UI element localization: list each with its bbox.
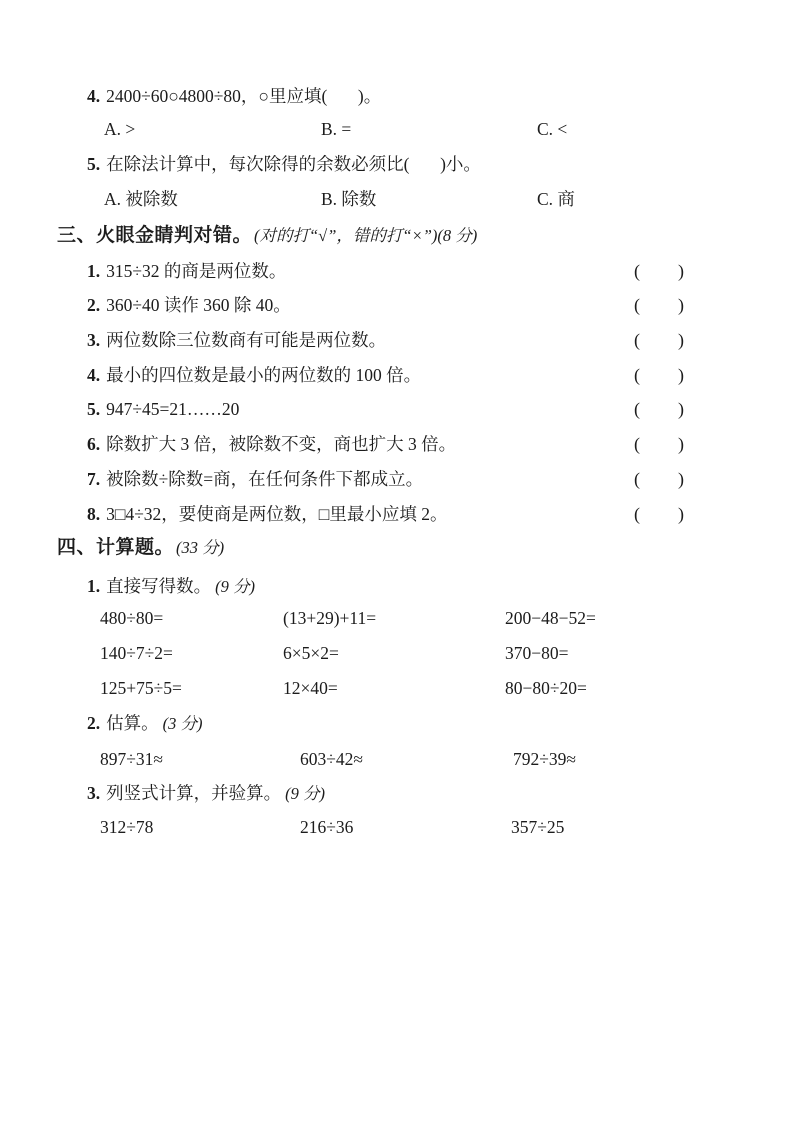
question-5-text: 在除法计算中，每次除得的余数必须比( )小。 bbox=[106, 154, 481, 174]
question-5: 5.在除法计算中，每次除得的余数必须比( )小。 bbox=[0, 152, 793, 176]
answer-paren-close: ) bbox=[678, 363, 684, 387]
expression: 357÷25 bbox=[511, 815, 564, 839]
option-b: B. 除数 bbox=[321, 187, 376, 211]
answer-paren-open: ( bbox=[634, 467, 640, 491]
expression: (13+29)+11= bbox=[283, 606, 376, 630]
sub3-title: 3.列竖式计算，并验算。(9 分) bbox=[0, 781, 793, 805]
option-c: C. < bbox=[537, 117, 567, 141]
question-4: 4.2400÷60○4800÷80，○里应填( )。 bbox=[0, 84, 793, 108]
sub3-text: 列竖式计算，并验算。 bbox=[106, 783, 281, 803]
option-a: A. > bbox=[104, 117, 135, 141]
sub1-points: (9 分) bbox=[215, 577, 255, 596]
item-number: 4. bbox=[87, 365, 100, 385]
answer-paren-open: ( bbox=[634, 293, 640, 317]
answer-paren-close: ) bbox=[678, 328, 684, 352]
worksheet-page: 4.2400÷60○4800÷80，○里应填( )。 A. > B. = C. … bbox=[0, 0, 793, 1122]
item-text: 除数扩大 3 倍，被除数不变，商也扩大 3 倍。 bbox=[106, 434, 456, 454]
expression: 80−80÷20= bbox=[505, 676, 587, 700]
true-false-item-8: 8.3□4÷32，要使商是两位数，□里最小应填 2。 ( ) bbox=[0, 502, 793, 526]
sub2-text: 估算。 bbox=[106, 713, 159, 733]
item-text: 最小的四位数是最小的两位数的 100 倍。 bbox=[106, 365, 421, 385]
item-number: 3. bbox=[87, 330, 100, 350]
item-number: 2. bbox=[87, 295, 100, 315]
answer-paren-close: ) bbox=[678, 467, 684, 491]
answer-paren-open: ( bbox=[634, 397, 640, 421]
section-4-note: (33 分) bbox=[176, 538, 224, 557]
expression: 200−48−52= bbox=[505, 606, 596, 630]
sub2-title: 2.估算。(3 分) bbox=[0, 711, 793, 735]
vertical-calc-row: 312÷78 216÷36 357÷25 bbox=[0, 815, 793, 839]
expression: 312÷78 bbox=[100, 815, 153, 839]
item-number: 5. bbox=[87, 399, 100, 419]
calc-row-2: 140÷7÷2= 6×5×2= 370−80= bbox=[0, 641, 793, 665]
answer-paren-open: ( bbox=[634, 363, 640, 387]
answer-paren-close: ) bbox=[678, 432, 684, 456]
item-text: 360÷40 读作 360 除 40。 bbox=[106, 295, 291, 315]
option-b: B. = bbox=[321, 117, 351, 141]
question-5-options: A. 被除数 B. 除数 C. 商 bbox=[0, 187, 793, 211]
item-text: 315÷32 的商是两位数。 bbox=[106, 261, 286, 281]
answer-paren-close: ) bbox=[678, 397, 684, 421]
expression: 897÷31≈ bbox=[100, 747, 163, 771]
expression: 12×40= bbox=[283, 676, 338, 700]
expression: 125+75÷5= bbox=[100, 676, 182, 700]
item-number: 1. bbox=[87, 261, 100, 281]
item-text: 947÷45=21……20 bbox=[106, 399, 239, 419]
answer-paren-open: ( bbox=[634, 432, 640, 456]
sub3-number: 3. bbox=[87, 783, 100, 803]
true-false-item-3: 3.两位数除三位数商有可能是两位数。 ( ) bbox=[0, 328, 793, 352]
item-number: 7. bbox=[87, 469, 100, 489]
answer-paren-open: ( bbox=[634, 259, 640, 283]
section-3-note: (对的打“√”，错的打“×”)(8 分) bbox=[254, 226, 477, 245]
expression: 370−80= bbox=[505, 641, 569, 665]
section-3-heading: 三、火眼金睛判对错。(对的打“√”，错的打“×”)(8 分) bbox=[0, 223, 793, 247]
true-false-item-7: 7.被除数÷除数=商，在任何条件下都成立。 ( ) bbox=[0, 467, 793, 491]
question-5-number: 5. bbox=[87, 154, 100, 174]
option-c: C. 商 bbox=[537, 187, 575, 211]
true-false-item-1: 1.315÷32 的商是两位数。 ( ) bbox=[0, 259, 793, 283]
item-text: 3□4÷32，要使商是两位数，□里最小应填 2。 bbox=[106, 504, 447, 524]
answer-paren-close: ) bbox=[678, 293, 684, 317]
sub1-title: 1.直接写得数。(9 分) bbox=[0, 574, 793, 598]
sub2-number: 2. bbox=[87, 713, 100, 733]
section-4-title: 四、计算题。 bbox=[57, 537, 174, 558]
sub1-number: 1. bbox=[87, 576, 100, 596]
question-4-number: 4. bbox=[87, 86, 100, 106]
answer-paren-close: ) bbox=[678, 259, 684, 283]
true-false-item-2: 2.360÷40 读作 360 除 40。 ( ) bbox=[0, 293, 793, 317]
sub2-points: (3 分) bbox=[163, 714, 203, 733]
item-text: 两位数除三位数商有可能是两位数。 bbox=[106, 330, 386, 350]
answer-paren-open: ( bbox=[634, 328, 640, 352]
item-number: 8. bbox=[87, 504, 100, 524]
question-4-text: 2400÷60○4800÷80，○里应填( )。 bbox=[106, 86, 381, 106]
estimation-row: 897÷31≈ 603÷42≈ 792÷39≈ bbox=[0, 747, 793, 771]
expression: 792÷39≈ bbox=[513, 747, 576, 771]
true-false-item-4: 4.最小的四位数是最小的两位数的 100 倍。 ( ) bbox=[0, 363, 793, 387]
expression: 216÷36 bbox=[300, 815, 353, 839]
item-number: 6. bbox=[87, 434, 100, 454]
expression: 480÷80= bbox=[100, 606, 163, 630]
true-false-item-5: 5.947÷45=21……20 ( ) bbox=[0, 397, 793, 421]
expression: 140÷7÷2= bbox=[100, 641, 173, 665]
true-false-item-6: 6.除数扩大 3 倍，被除数不变，商也扩大 3 倍。 ( ) bbox=[0, 432, 793, 456]
item-text: 被除数÷除数=商，在任何条件下都成立。 bbox=[106, 469, 423, 489]
answer-paren-open: ( bbox=[634, 502, 640, 526]
sub3-points: (9 分) bbox=[285, 784, 325, 803]
answer-paren-close: ) bbox=[678, 502, 684, 526]
option-a: A. 被除数 bbox=[104, 187, 178, 211]
section-4-heading: 四、计算题。(33 分) bbox=[0, 535, 793, 559]
calc-row-1: 480÷80= (13+29)+11= 200−48−52= bbox=[0, 606, 793, 630]
calc-row-3: 125+75÷5= 12×40= 80−80÷20= bbox=[0, 676, 793, 700]
section-3-title: 三、火眼金睛判对错。 bbox=[57, 225, 252, 246]
expression: 603÷42≈ bbox=[300, 747, 363, 771]
expression: 6×5×2= bbox=[283, 641, 339, 665]
sub1-text: 直接写得数。 bbox=[106, 576, 211, 596]
question-4-options: A. > B. = C. < bbox=[0, 117, 793, 141]
